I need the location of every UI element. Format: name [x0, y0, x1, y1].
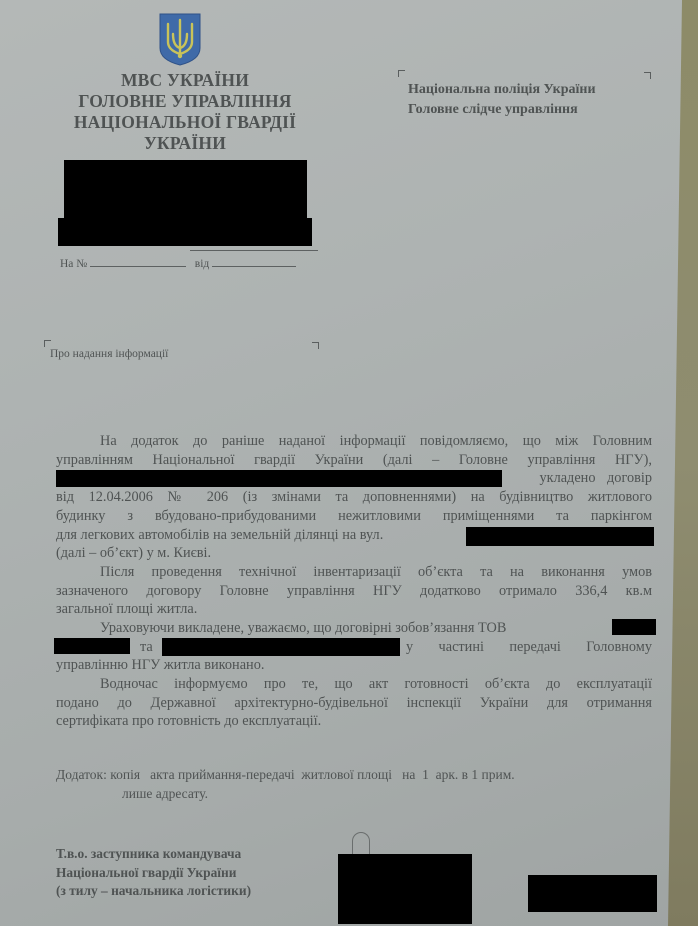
subject-corner-mark [44, 340, 51, 347]
body-line: управлінням Національної гвардії України… [56, 451, 652, 470]
body-line-text: Ураховуючи викладене, уважаємо, що догов… [56, 620, 506, 636]
addressee-line: Головне слідче управління [408, 100, 596, 120]
body-line: сертифіката про готовність до експлуатац… [56, 712, 652, 731]
body-line: Після проведення технічної інвентаризаці… [56, 563, 652, 582]
org-line: МВС УКРАЇНИ [40, 70, 330, 91]
body-line: та у частині передачі Головному [56, 638, 652, 657]
body-line: Водночас інформуємо про те, що акт готов… [56, 675, 652, 694]
body-line: На додаток до раніше наданої інформації … [56, 432, 652, 451]
org-line: УКРАЇНИ [40, 133, 330, 154]
letter-page: МВС УКРАЇНИ ГОЛОВНЕ УПРАВЛІННЯ НАЦІОНАЛЬ… [0, 0, 698, 926]
date-label: від [195, 258, 209, 270]
issuing-organization: МВС УКРАЇНИ ГОЛОВНЕ УПРАВЛІННЯ НАЦІОНАЛЬ… [40, 70, 330, 154]
body-line: (далі – об’єкт) у м. Києві. [56, 544, 652, 563]
body-line: від 12.04.2006 № 206 (із змінами та допо… [56, 488, 652, 507]
attachment-line: Додаток: копія акта приймання-передачі ж… [56, 765, 515, 784]
redacted-registration [58, 218, 312, 246]
body-line-tail: у частині передачі Головному [406, 638, 652, 657]
redacted-signatory-name [528, 875, 657, 912]
date-underline [190, 250, 318, 251]
redacted-company-name [612, 619, 656, 635]
redacted-party-name [56, 470, 502, 487]
addressee-block: Національна поліція України Головне слід… [408, 80, 596, 120]
redacted-registration [64, 160, 307, 220]
org-line: ГОЛОВНЕ УПРАВЛІННЯ [40, 91, 330, 112]
body-line: управлінню НГУ житла виконано. [56, 656, 652, 675]
body-line-tail: укладено договір [539, 469, 652, 488]
reference-label: На № [60, 258, 87, 270]
redacted-street-address [466, 527, 654, 546]
signatory-title: Т.в.о. заступника командувача Національн… [56, 845, 251, 901]
reference-date-blank [212, 266, 296, 267]
body-line: будинку з вбудовано-прибудованими нежитл… [56, 507, 652, 526]
attachment-note: Додаток: копія акта приймання-передачі ж… [56, 765, 515, 803]
addressee-line: Національна поліція України [408, 80, 596, 100]
body-line: зазначеного договору Головне управління … [56, 582, 652, 601]
body-line: укладено договір [56, 469, 652, 488]
letter-body: На додаток до раніше наданої інформації … [56, 432, 652, 731]
signatory-line: Національної гвардії України [56, 864, 251, 883]
body-line-text: та [140, 638, 153, 657]
addressee-corner-mark [398, 70, 405, 77]
body-line-text: для легкових автомобілів на земельній ді… [56, 527, 383, 543]
reference-number-blank [90, 266, 186, 267]
attachment-line: лише адресату. [56, 784, 515, 803]
reference-line: На № від [60, 258, 296, 270]
redacted-party-name [162, 638, 400, 656]
subject-corner-mark [312, 342, 319, 349]
body-line: загальної площі житла. [56, 600, 652, 619]
signatory-line: (з тилу – начальника логістики) [56, 882, 251, 901]
org-line: НАЦІОНАЛЬНОЇ ГВАРДІЇ [40, 112, 330, 133]
body-line: для легкових автомобілів на земельній ді… [56, 526, 652, 545]
trident-coat-of-arms-icon [158, 12, 202, 66]
body-line: подано до Державної архітектурно-будівел… [56, 694, 652, 713]
signatory-line: Т.в.о. заступника командувача [56, 845, 251, 864]
addressee-corner-mark [644, 72, 651, 79]
redacted-company-name [54, 638, 130, 654]
subject-line: Про надання інформації [50, 348, 168, 360]
redacted-signature [338, 854, 472, 924]
body-line: Ураховуючи викладене, уважаємо, що догов… [56, 619, 652, 638]
